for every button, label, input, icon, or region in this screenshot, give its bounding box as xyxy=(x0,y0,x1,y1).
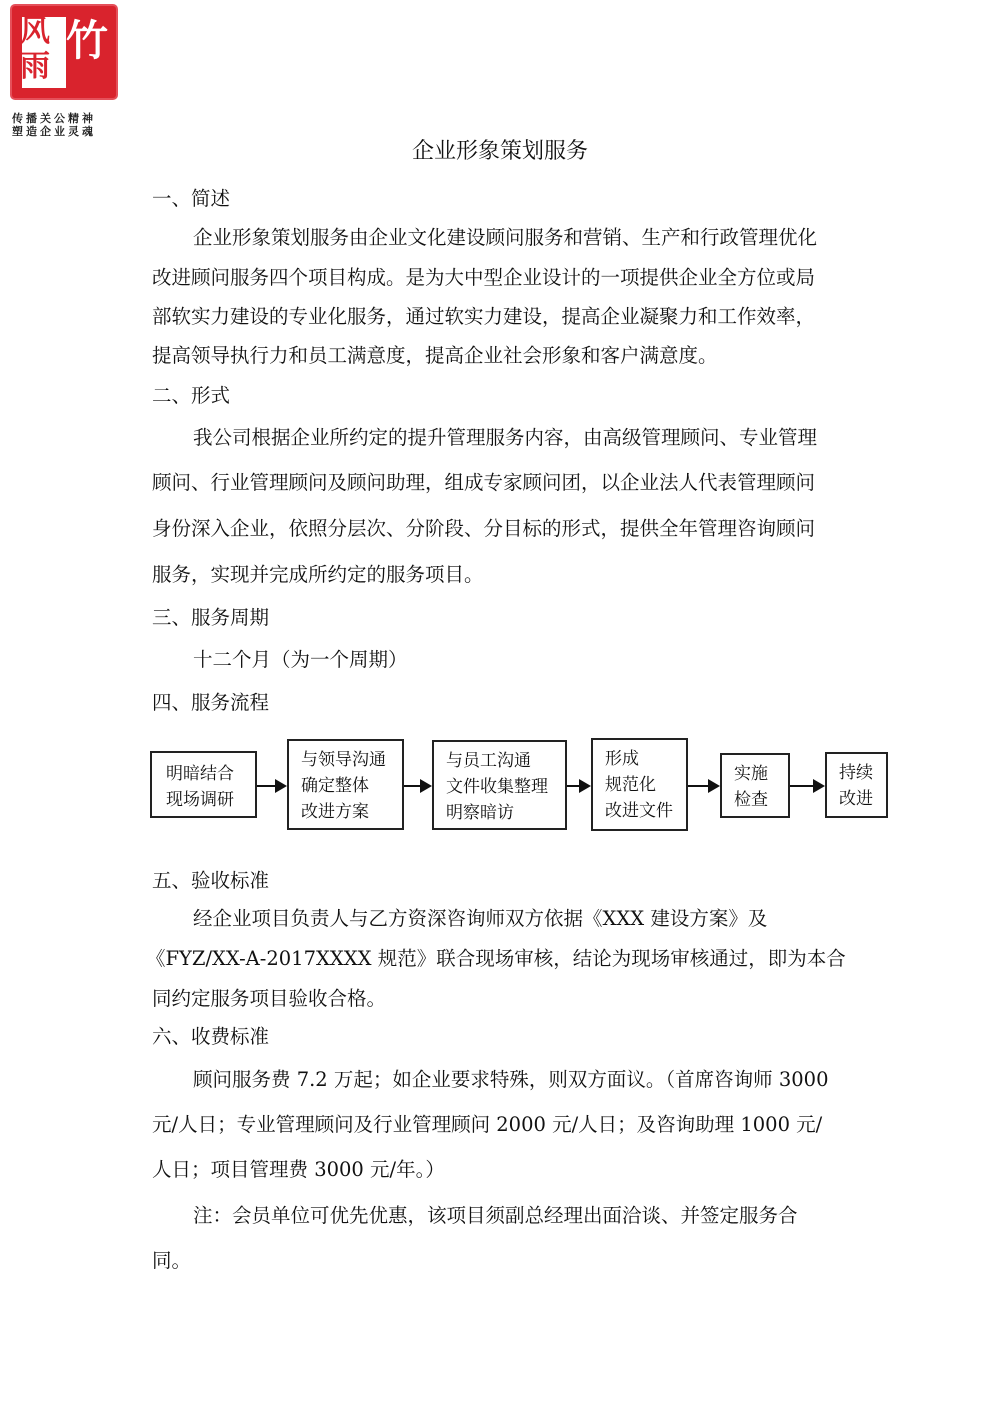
paragraph-line: 顾问、行业管理顾问及顾问助理，组成专家顾问团，以企业法人代表管理顾问 xyxy=(152,467,815,495)
paragraph-line: 提高领导执行力和员工满意度，提高企业社会形象和客户满意度。 xyxy=(152,340,718,368)
paragraph-line: 服务，实现并完成所约定的服务项目。 xyxy=(152,559,484,587)
flow-step-3: 与员工沟通 文件收集整理 明察暗访 xyxy=(432,740,567,830)
note-line: 同。 xyxy=(152,1245,191,1273)
arrow-right-icon xyxy=(688,785,718,787)
logo-slogan-line-1: 传播关公精神 xyxy=(12,113,124,124)
paragraph-line: 元/人日；专业管理顾问及行业管理顾问 2000 元/人日；及咨询助理 1000 … xyxy=(152,1109,822,1137)
arrow-right-icon xyxy=(257,785,285,787)
flow-step-2: 与领导沟通 确定整体 改进方案 xyxy=(287,739,404,830)
section-heading-service-process: 四、服务流程 xyxy=(152,687,269,715)
section-heading-fees: 六、收费标准 xyxy=(152,1021,269,1049)
flow-step-5: 实施 检查 xyxy=(720,753,790,818)
flow-step-4: 形成 规范化 改进文件 xyxy=(591,738,688,831)
paragraph-line: 《FYZ/XX-A-2017XXXX 规范》联合现场审核，结论为现场审核通过，即… xyxy=(146,943,846,971)
paragraph-line: 部软实力建设的专业化服务，通过软实力建设，提高企业凝聚力和工作效率， xyxy=(152,301,815,329)
seal-char-zhu: 竹 xyxy=(66,20,108,62)
section-heading-acceptance: 五、验收标准 xyxy=(152,865,269,893)
paragraph-line: 顾问服务费 7.2 万起；如企业要求特殊，则双方面议。（首席咨询师 3000 xyxy=(193,1064,828,1092)
flow-step-1: 明暗结合 现场调研 xyxy=(150,751,257,818)
section-heading-format: 二、形式 xyxy=(152,380,230,408)
paragraph-line: 经企业项目负责人与乙方资深咨询师双方依据《XXX 建设方案》及 xyxy=(193,903,767,931)
seal-char-feng: 风 xyxy=(20,17,50,47)
arrow-right-icon xyxy=(404,785,430,787)
section-heading-overview: 一、简述 xyxy=(152,183,230,211)
paragraph-line: 同约定服务项目验收合格。 xyxy=(152,983,386,1011)
arrow-right-icon xyxy=(790,785,823,787)
paragraph-line: 我公司根据企业所约定的提升管理服务内容，由高级管理顾问、专业管理 xyxy=(193,422,817,450)
paragraph-line: 十二个月（为一个周期） xyxy=(193,644,408,672)
paragraph-line: 身份深入企业，依照分层次、分阶段、分目标的形式，提供全年管理咨询顾问 xyxy=(152,513,815,541)
seal-char-yu: 雨 xyxy=(20,52,50,82)
arrow-right-icon xyxy=(567,785,589,787)
paragraph-line: 企业形象策划服务由企业文化建设顾问服务和营销、生产和行政管理优化 xyxy=(193,222,817,250)
note-line: 注：会员单位可优先优惠，该项目须副总经理出面洽谈、并签定服务合 xyxy=(193,1200,798,1228)
flow-step-6: 持续 改进 xyxy=(825,752,888,818)
paragraph-line: 人日；项目管理费 3000 元/年。） xyxy=(152,1154,445,1182)
document-title: 企业形象策划服务 xyxy=(0,134,1000,165)
paragraph-line: 改进顾问服务四个项目构成。是为大中型企业设计的一项提供企业全方位或局 xyxy=(152,262,815,290)
company-logo: 风 雨 竹 xyxy=(8,4,120,100)
section-heading-service-period: 三、服务周期 xyxy=(152,602,269,630)
